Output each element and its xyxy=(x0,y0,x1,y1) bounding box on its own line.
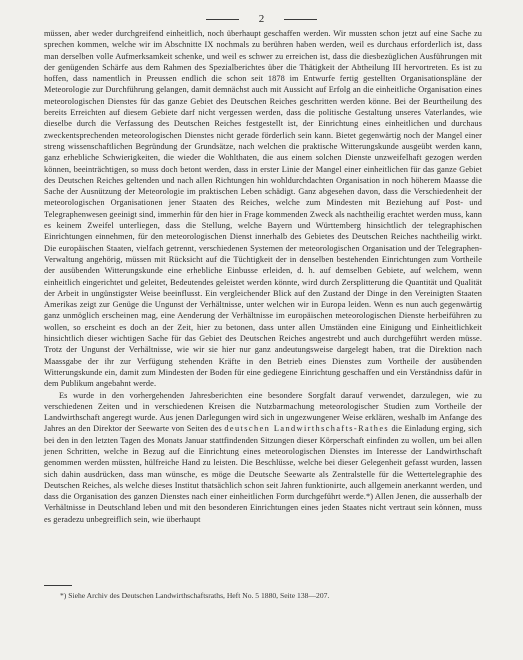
footnote-marker: *) xyxy=(60,591,66,600)
scanned-book-page: 2 müssen, aber weder durchgreifend einhe… xyxy=(0,0,523,660)
footnote-text: Siehe Archiv des Deutschen Landwirthscha… xyxy=(68,591,329,600)
page-number: 2 xyxy=(259,14,265,25)
page-header: 2 xyxy=(0,14,523,25)
text-segment: die Einladung erging, sich bei den in de… xyxy=(44,424,482,523)
text-segment: müssen, aber weder durchgreifend einheit… xyxy=(44,29,482,388)
footnote-separator xyxy=(44,585,72,586)
paragraph: Es wurde in den vorhergehenden Jahresber… xyxy=(44,390,482,526)
emphasized-spaced-text: deutschen Landwirthschafts-Rathes xyxy=(224,424,389,433)
header-rule-left xyxy=(206,19,239,20)
paragraph: müssen, aber weder durchgreifend einheit… xyxy=(44,28,482,390)
footnote: *) Siehe Archiv des Deutschen Landwirths… xyxy=(44,591,482,601)
body-text: müssen, aber weder durchgreifend einheit… xyxy=(44,28,482,525)
header-rule-right xyxy=(284,19,317,20)
